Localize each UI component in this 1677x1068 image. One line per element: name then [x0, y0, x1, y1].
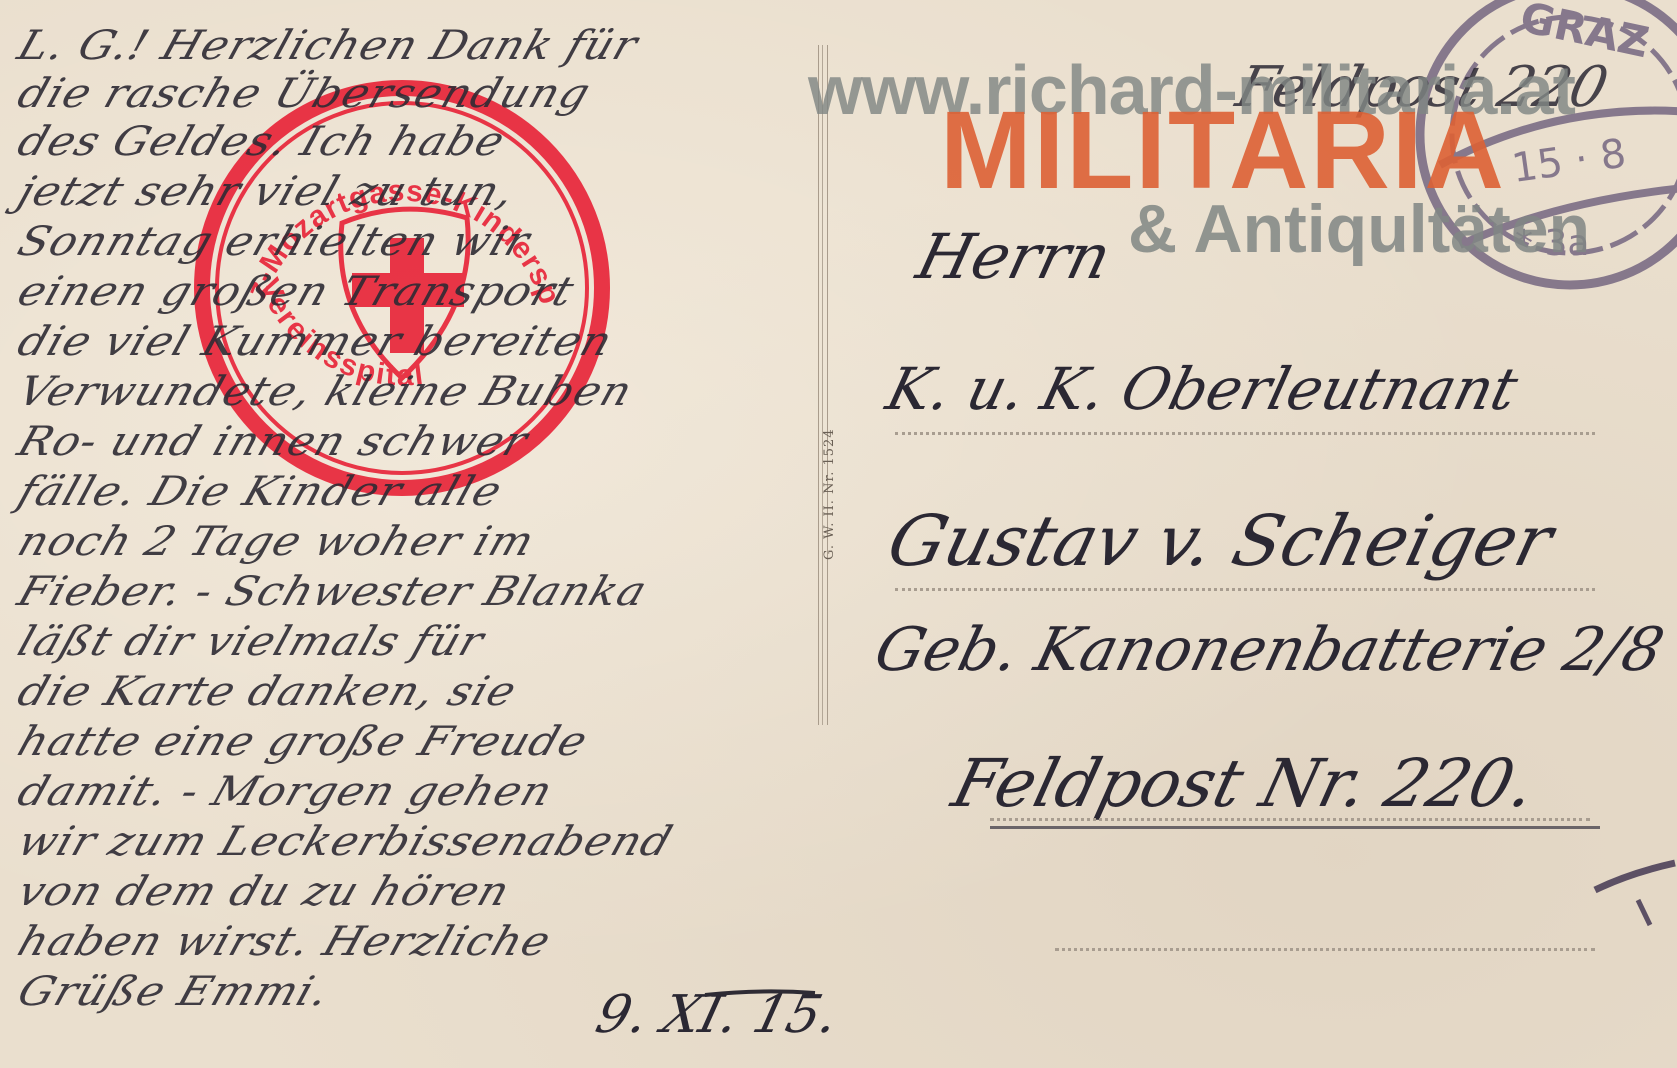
address-unit: Geb. Kanonenbatterie 2/8	[868, 615, 1671, 685]
printer-mark: G. W. II. Nr. 1524	[822, 428, 837, 560]
message-line: Grüße Emmi.	[12, 968, 336, 1015]
address-greeting: Herrn	[910, 220, 1118, 293]
watermark-tagline: & Antiqultäten	[1128, 190, 1590, 268]
message-line: einen großen Transport	[12, 268, 580, 315]
address-dotted-line	[895, 588, 1595, 591]
message-line: Verwundete, kleine Buben	[12, 368, 639, 415]
svg-text:15 · 8: 15 · 8	[1509, 131, 1629, 192]
message-line: wir zum Leckerbissenabend	[12, 818, 679, 865]
message-line: L. G.! Herzlichen Dank für	[12, 22, 644, 69]
message-line: fälle. Die Kinder alle	[12, 468, 508, 515]
message-line: läßt dir vielmals für	[12, 618, 490, 665]
address-rank: K. u. K. Oberleutnant	[880, 355, 1524, 423]
date-underline	[700, 985, 820, 1005]
message-line: damit. - Morgen gehen	[12, 768, 559, 815]
postcard: Graz-Mozartgasse-Kinderspital Vereinsspi…	[0, 0, 1677, 1068]
message-line: die Karte danken, sie	[12, 668, 523, 715]
message-line: jetzt sehr viel zu tun,	[12, 168, 521, 215]
address-dotted-line	[990, 818, 1590, 821]
address-dotted-line	[1055, 948, 1595, 951]
address-feldpost: Feldpost Nr. 220.	[945, 745, 1543, 822]
message-line: die viel Kummer bereiten	[12, 318, 619, 365]
message-line: die rasche Übersendung	[12, 70, 597, 117]
message-line: Sonntag erhielten wir	[12, 218, 536, 265]
address-dotted-line	[895, 432, 1595, 435]
message-line: noch 2 Tage woher im	[12, 518, 541, 565]
message-line: des Geldes. Ich habe	[12, 118, 511, 165]
message-line: haben wirst. Herzliche	[12, 918, 557, 965]
message-address-divider	[818, 45, 828, 725]
message-line: Fieber. - Schwester Blanka	[12, 568, 653, 615]
address-name: Gustav v. Scheiger	[880, 500, 1561, 582]
feldpost-underline	[990, 826, 1600, 829]
message-line: Ro- und innen schwer	[12, 418, 534, 465]
postmark-fragment	[1590, 855, 1677, 935]
message-line: hatte eine große Freude	[12, 718, 594, 765]
message-line: von dem du zu hören	[12, 868, 516, 915]
